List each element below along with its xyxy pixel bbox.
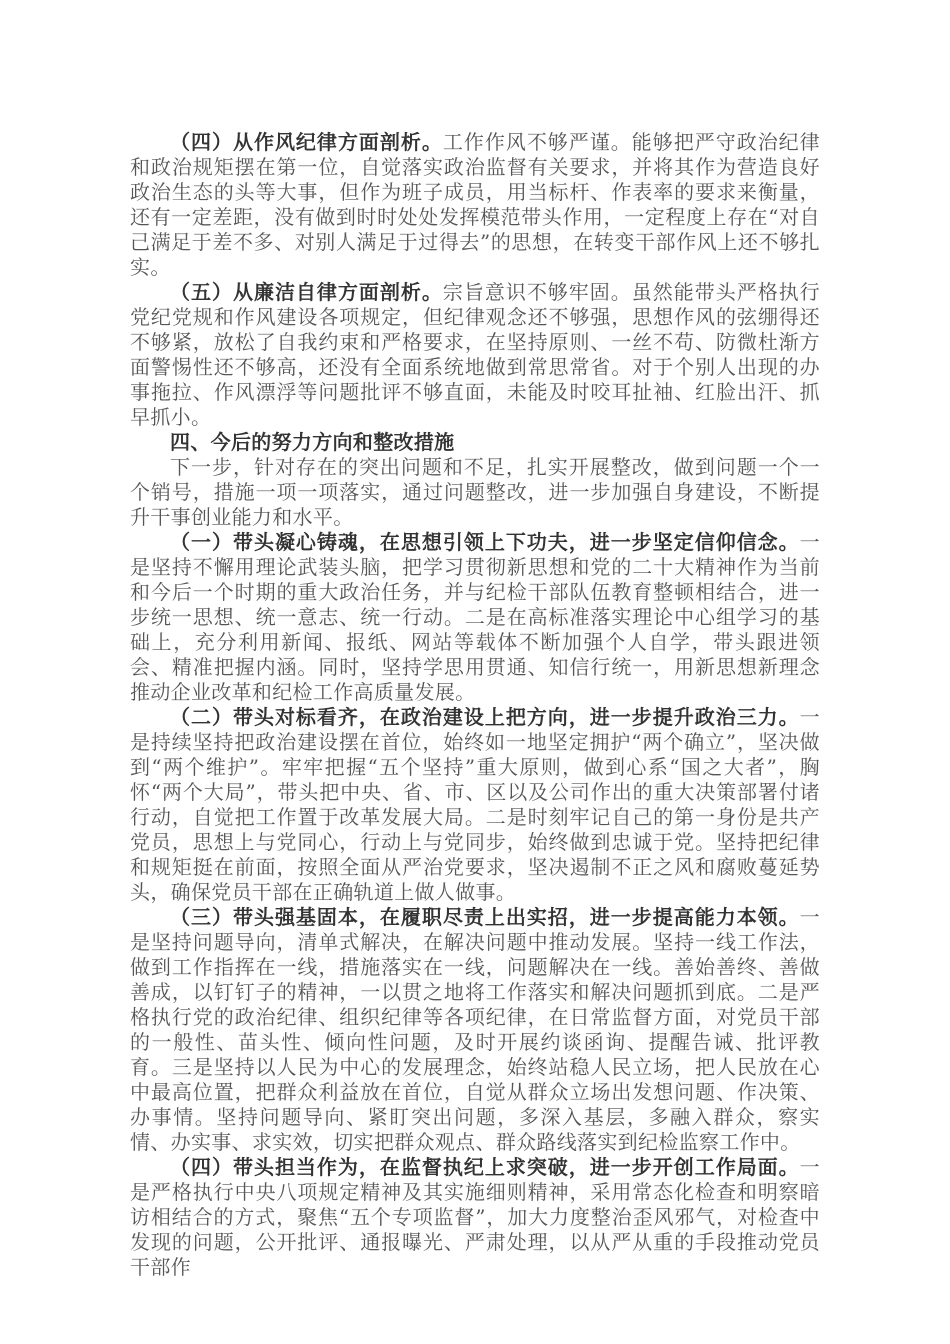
paragraph-integrity-self-discipline-analysis: （五）从廉洁自律方面剖析。宗旨意识不够牢固。虽然能带头严格执行党纪党规和作风建设… [130,280,820,430]
document-page: （四）从作风纪律方面剖析。工作作风不够严谨。能够把严守政治纪律和政治规矩摆在第一… [0,0,950,1344]
paragraph-body: 下一步，针对存在的突出问题和不足，扎实开展整改，做到问题一个一个销号，措施一项一… [130,455,820,529]
paragraph-next-steps-intro: 下一步，针对存在的突出问题和不足，扎实开展整改，做到问题一个一个销号，措施一项一… [130,455,820,530]
paragraph-lead: （四）带头担当作为，在监督执纪上求突破，进一步开创工作局面。 [170,1155,800,1179]
paragraph-lead: （一）带头凝心铸魂，在思想引领上下功夫，进一步坚定信仰信念。 [170,530,800,554]
paragraph-lead: （五）从廉洁自律方面剖析。 [170,280,443,304]
paragraph-lead: （二）带头对标看齐，在政治建设上把方向，进一步提升政治三力。 [170,705,800,729]
paragraph-measure-1-ideology: （一）带头凝心铸魂，在思想引领上下功夫，进一步坚定信仰信念。一是坚持不懈用理论武… [130,530,820,705]
paragraph-lead: （四）从作风纪律方面剖析。 [170,130,443,154]
paragraph-measure-4-supervision: （四）带头担当作为，在监督执纪上求突破，进一步开创工作局面。一是严格执行中央八项… [130,1155,820,1280]
paragraph-body: 一是坚持问题导向，清单式解决，在解决问题中推动发展。坚持一线工作法，做到工作指挥… [130,905,820,1154]
paragraph-work-style-discipline-analysis: （四）从作风纪律方面剖析。工作作风不够严谨。能够把严守政治纪律和政治规矩摆在第一… [130,130,820,280]
paragraph-measure-3-capability: （三）带头强基固本，在履职尽责上出实招，进一步提高能力本领。一是坚持问题导向，清… [130,905,820,1155]
paragraph-measure-2-political-building: （二）带头对标看齐，在政治建设上把方向，进一步提升政治三力。一是持续坚持把政治建… [130,705,820,905]
section-heading-future-direction: 四、今后的努力方向和整改措施 [130,430,820,455]
paragraph-body: 一是持续坚持把政治建设摆在首位，始终如一地坚定拥护“两个确立”，坚决做到“两个维… [130,705,820,904]
document-text-block: （四）从作风纪律方面剖析。工作作风不够严谨。能够把严守政治纪律和政治规矩摆在第一… [130,130,820,1280]
paragraph-lead: （三）带头强基固本，在履职尽责上出实招，进一步提高能力本领。 [170,905,800,929]
paragraph-body: 一是坚持不懈用理论武装头脑，把学习贯彻新思想和党的二十大精神作为当前和今后一个时… [130,530,820,704]
